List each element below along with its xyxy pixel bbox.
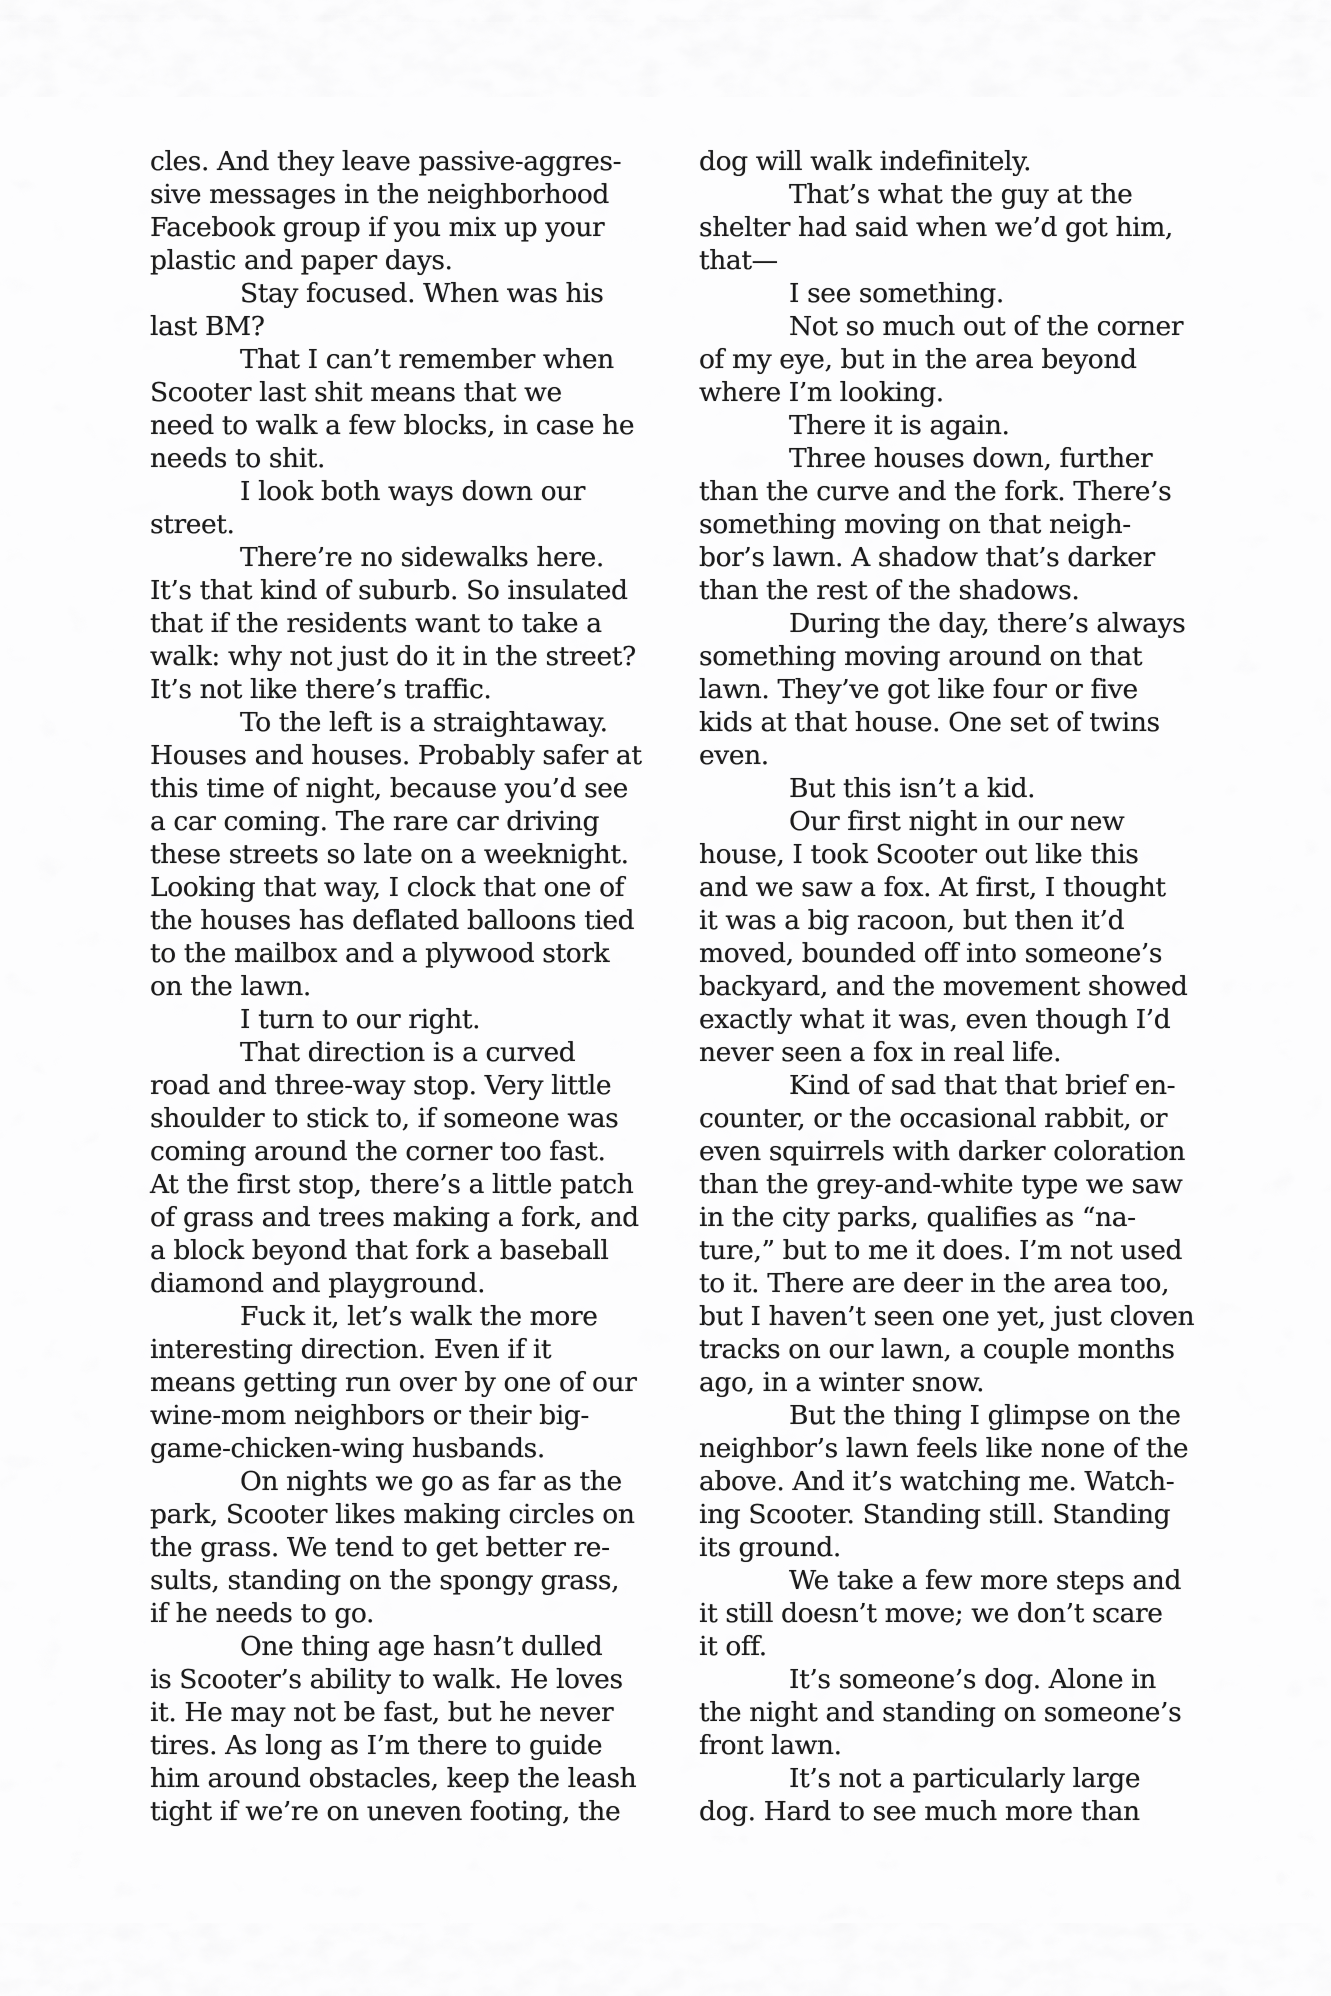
- text-line: on the lawn.: [150, 970, 655, 1003]
- text-line: That direction is a curved: [150, 1036, 655, 1069]
- text-line: dog. Hard to see much more than: [699, 1795, 1204, 1828]
- text-line: dog will walk indefinitely.: [699, 145, 1204, 178]
- text-line: the grass. We tend to get better re-: [150, 1531, 655, 1564]
- text-line: ing Scooter. Standing still. Standing: [699, 1498, 1204, 1531]
- text-line: Houses and houses. Probably safer at: [150, 739, 655, 772]
- text-line: last BM?: [150, 310, 655, 343]
- text-line: means getting run over by one of our: [150, 1366, 655, 1399]
- text-line: park, Scooter likes making circles on: [150, 1498, 655, 1531]
- text-line: At the first stop, there’s a little patc…: [150, 1168, 655, 1201]
- text-line: if he needs to go.: [150, 1597, 655, 1630]
- text-line: game-chicken-wing husbands.: [150, 1432, 655, 1465]
- text-line: It’s not like there’s traffic.: [150, 673, 655, 706]
- text-line: I look both ways down our: [150, 475, 655, 508]
- text-line: needs to shit.: [150, 442, 655, 475]
- text-line: something moving on that neigh-: [699, 508, 1204, 541]
- text-line: it still doesn’t move; we don’t scare: [699, 1597, 1204, 1630]
- text-line: but I haven’t seen one yet, just cloven: [699, 1300, 1204, 1333]
- text-line: I see something.: [699, 277, 1204, 310]
- text-line: It’s someone’s dog. Alone in: [699, 1663, 1204, 1696]
- text-line: interesting direction. Even if it: [150, 1333, 655, 1366]
- text-line: and we saw a fox. At first, I thought: [699, 871, 1204, 904]
- text-line: tracks on our lawn, a couple months: [699, 1333, 1204, 1366]
- text-line: shoulder to stick to, if someone was: [150, 1102, 655, 1135]
- text-line: neighbor’s lawn feels like none of the: [699, 1432, 1204, 1465]
- text-line: Not so much out of the corner: [699, 310, 1204, 343]
- text-line: a block beyond that fork a baseball: [150, 1234, 655, 1267]
- text-line: it off.: [699, 1630, 1204, 1663]
- text-line: Fuck it, let’s walk the more: [150, 1300, 655, 1333]
- text-line: that if the residents want to take a: [150, 607, 655, 640]
- text-line: sults, standing on the spongy grass,: [150, 1564, 655, 1597]
- text-line: We take a few more steps and: [699, 1564, 1204, 1597]
- text-line: plastic and paper days.: [150, 244, 655, 277]
- text-line: is Scooter’s ability to walk. He loves: [150, 1663, 655, 1696]
- text-line: That I can’t remember when: [150, 343, 655, 376]
- text-line: street.: [150, 508, 655, 541]
- text-line: where I’m looking.: [699, 376, 1204, 409]
- text-line: these streets so late on a weeknight.: [150, 838, 655, 871]
- text-line: kids at that house. One set of twins: [699, 706, 1204, 739]
- text-line: road and three-way stop. Very little: [150, 1069, 655, 1102]
- text-line: house, I took Scooter out like this: [699, 838, 1204, 871]
- text-line: ago, in a winter snow.: [699, 1366, 1204, 1399]
- text-line: even.: [699, 739, 1204, 772]
- text-line: it. He may not be fast, but he never: [150, 1696, 655, 1729]
- text-line: to it. There are deer in the area too,: [699, 1267, 1204, 1300]
- text-line: But this isn’t a kid.: [699, 772, 1204, 805]
- text-line: It’s not a particularly large: [699, 1762, 1204, 1795]
- text-line: it was a big racoon, but then it’d: [699, 904, 1204, 937]
- text-line: something moving around on that: [699, 640, 1204, 673]
- text-line: the night and standing on someone’s: [699, 1696, 1204, 1729]
- text-line: To the left is a straightaway.: [150, 706, 655, 739]
- text-line: its ground.: [699, 1531, 1204, 1564]
- text-line: even squirrels with darker coloration: [699, 1135, 1204, 1168]
- text-line: front lawn.: [699, 1729, 1204, 1762]
- text-line: But the thing I glimpse on the: [699, 1399, 1204, 1432]
- text-line: On nights we go as far as the: [150, 1465, 655, 1498]
- text-line: moved, bounded off into someone’s: [699, 937, 1204, 970]
- text-line: of grass and trees making a fork, and: [150, 1201, 655, 1234]
- text-line: than the curve and the fork. There’s: [699, 475, 1204, 508]
- text-line: Three houses down, further: [699, 442, 1204, 475]
- text-line: tires. As long as I’m there to guide: [150, 1729, 655, 1762]
- text-line: Kind of sad that that brief en-: [699, 1069, 1204, 1102]
- text-line: backyard, and the movement showed: [699, 970, 1204, 1003]
- text-line: of my eye, but in the area beyond: [699, 343, 1204, 376]
- text-line: sive messages in the neighborhood: [150, 178, 655, 211]
- text-line: than the rest of the shadows.: [699, 574, 1204, 607]
- text-line: a car coming. The rare car driving: [150, 805, 655, 838]
- text-line: One thing age hasn’t dulled: [150, 1630, 655, 1663]
- text-line: Our first night in our new: [699, 805, 1204, 838]
- text-line: bor’s lawn. A shadow that’s darker: [699, 541, 1204, 574]
- text-line: I turn to our right.: [150, 1003, 655, 1036]
- text-line: coming around the corner too fast.: [150, 1135, 655, 1168]
- text-line: to the mailbox and a plywood stork: [150, 937, 655, 970]
- text-line: than the grey-and-white type we saw: [699, 1168, 1204, 1201]
- text-column-left: cles. And they leave passive-aggres-sive…: [150, 145, 655, 1828]
- text-line: It’s that kind of suburb. So insulated: [150, 574, 655, 607]
- text-line: That’s what the guy at the: [699, 178, 1204, 211]
- book-page: cles. And they leave passive-aggres-sive…: [0, 0, 1331, 1996]
- text-line: need to walk a few blocks, in case he: [150, 409, 655, 442]
- text-line: the houses has deflated balloons tied: [150, 904, 655, 937]
- text-line: During the day, there’s always: [699, 607, 1204, 640]
- text-line: tight if we’re on uneven footing, the: [150, 1795, 655, 1828]
- text-line: walk: why not just do it in the street?: [150, 640, 655, 673]
- text-line: in the city parks, qualifies as “na-: [699, 1201, 1204, 1234]
- text-line: Scooter last shit means that we: [150, 376, 655, 409]
- text-line: ture,” but to me it does. I’m not used: [699, 1234, 1204, 1267]
- text-line: diamond and playground.: [150, 1267, 655, 1300]
- text-line: that—: [699, 244, 1204, 277]
- text-column-right: dog will walk indefinitely.That’s what t…: [699, 145, 1204, 1828]
- text-line: Stay focused. When was his: [150, 277, 655, 310]
- text-line: counter, or the occasional rabbit, or: [699, 1102, 1204, 1135]
- text-line: wine-mom neighbors or their big-: [150, 1399, 655, 1432]
- text-line: shelter had said when we’d got him,: [699, 211, 1204, 244]
- text-line: Looking that way, I clock that one of: [150, 871, 655, 904]
- text-line: Facebook group if you mix up your: [150, 211, 655, 244]
- text-line: above. And it’s watching me. Watch-: [699, 1465, 1204, 1498]
- text-line: lawn. They’ve got like four or five: [699, 673, 1204, 706]
- text-line: cles. And they leave passive-aggres-: [150, 145, 655, 178]
- text-line: There’re no sidewalks here.: [150, 541, 655, 574]
- text-line: this time of night, because you’d see: [150, 772, 655, 805]
- text-line: There it is again.: [699, 409, 1204, 442]
- text-line: exactly what it was, even though I’d: [699, 1003, 1204, 1036]
- text-line: never seen a fox in real life.: [699, 1036, 1204, 1069]
- text-line: him around obstacles, keep the leash: [150, 1762, 655, 1795]
